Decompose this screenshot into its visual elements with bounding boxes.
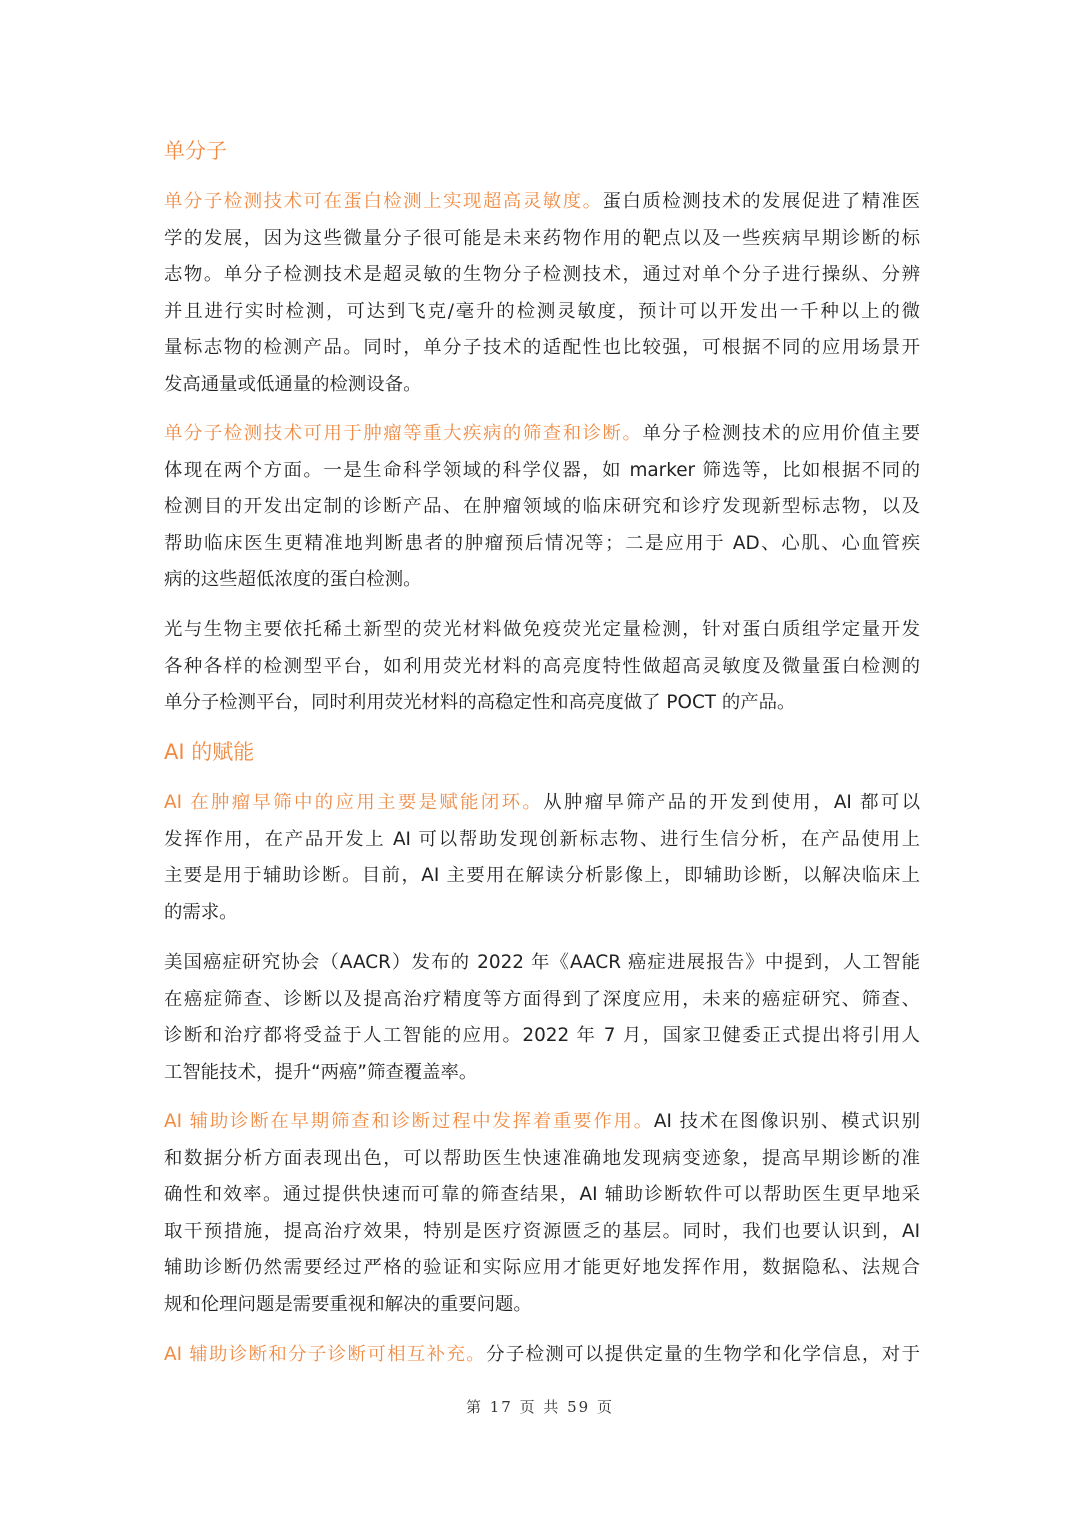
text-line: 在癌症筛查、诊断以及提高治疗精度等方面得到了深度应用，未来的癌症研究、筛查、 xyxy=(164,982,920,1019)
text-line: 美国癌症研究协会（AACR）发布的 2022 年《AACR 癌症进展报告》中提到… xyxy=(164,945,920,982)
paragraph: 美国癌症研究协会（AACR）发布的 2022 年《AACR 癌症进展报告》中提到… xyxy=(164,945,920,1091)
text-line: 志物。单分子检测技术是超灵敏的生物分子检测技术，通过对单个分子进行操纵、分辨 xyxy=(164,257,920,294)
text-line: 各种各样的检测型平台，如利用荧光材料的高亮度特性做超高灵敏度及微量蛋白检测的 xyxy=(164,649,920,686)
highlight-sentence: AI 辅助诊断在早期筛查和诊断过程中发挥着重要作用。 xyxy=(164,1111,654,1132)
highlight-sentence: 单分子检测技术可在蛋白检测上实现超高灵敏度。 xyxy=(164,191,603,212)
highlight-sentence: 单分子检测技术可用于肿瘤等重大疾病的筛查和诊断。 xyxy=(164,423,642,444)
highlight-sentence: AI 在肿瘤早筛中的应用主要是赋能闭环。 xyxy=(164,792,543,813)
text-line: 辅助诊断仍然需要经过严格的验证和实际应用才能更好地发挥作用，数据隐私、法规合 xyxy=(164,1250,920,1287)
text-line: 主要是用于辅助诊断。目前，AI 主要用在解读分析影像上，即辅助诊断，以解决临床上 xyxy=(164,858,920,895)
section-heading-ai-empowerment: AI 的赋能 xyxy=(164,737,254,767)
text-line: AI 辅助诊断和分子诊断可相互补充。分子检测可以提供定量的生物学和化学信息，对于 xyxy=(164,1337,920,1374)
text-line: 单分子检测技术可用于肿瘤等重大疾病的筛查和诊断。单分子检测技术的应用价值主要 xyxy=(164,416,920,453)
text-line: 工智能技术，提升“两癌”筛查覆盖率。 xyxy=(164,1055,920,1092)
paragraph: 光与生物主要依托稀土新型的荧光材料做免疫荧光定量检测，针对蛋白质组学定量开发 各… xyxy=(164,612,920,722)
text-line: 学的发展，因为这些微量分子很可能是未来药物作用的靶点以及一些疾病早期诊断的标 xyxy=(164,221,920,258)
text-line: 体现在两个方面。一是生命科学领域的科学仪器，如 marker 筛选等，比如根据不… xyxy=(164,453,920,490)
text-line: 单分子检测技术可在蛋白检测上实现超高灵敏度。蛋白质检测技术的发展促进了精准医 xyxy=(164,184,920,221)
text-line: AI 在肿瘤早筛中的应用主要是赋能闭环。从肿瘤早筛产品的开发到使用，AI 都可以 xyxy=(164,785,920,822)
paragraph: AI 在肿瘤早筛中的应用主要是赋能闭环。从肿瘤早筛产品的开发到使用，AI 都可以… xyxy=(164,785,920,931)
text-line: 发高通量或低通量的检测设备。 xyxy=(164,367,920,404)
text-line: 确性和效率。通过提供快速而可靠的筛查结果，AI 辅助诊断软件可以帮助医生更早地采 xyxy=(164,1177,920,1214)
text-line: 单分子检测平台，同时利用荧光材料的高稳定性和高亮度做了 POCT 的产品。 xyxy=(164,685,920,722)
text-line: 取干预措施，提高治疗效果，特别是医疗资源匮乏的基层。同时，我们也要认识到，AI xyxy=(164,1214,920,1251)
text-line: AI 辅助诊断在早期筛查和诊断过程中发挥着重要作用。AI 技术在图像识别、模式识… xyxy=(164,1104,920,1141)
text-line: 帮助临床医生更精准地判断患者的肿瘤预后情况等；二是应用于 AD、心肌、心血管疾 xyxy=(164,526,920,563)
text-line: 的需求。 xyxy=(164,895,920,932)
text-line: 规和伦理问题是需要重视和解决的重要问题。 xyxy=(164,1287,920,1324)
text-line: 并且进行实时检测，可达到飞克/毫升的检测灵敏度，预计可以开发出一千种以上的微 xyxy=(164,294,920,331)
text-line: 光与生物主要依托稀土新型的荧光材料做免疫荧光定量检测，针对蛋白质组学定量开发 xyxy=(164,612,920,649)
text-line: 诊断和治疗都将受益于人工智能的应用。2022 年 7 月，国家卫健委正式提出将引… xyxy=(164,1018,920,1055)
text-line: 病的这些超低浓度的蛋白检测。 xyxy=(164,562,920,599)
text-line: 和数据分析方面表现出色，可以帮助医生快速准确地发现病变迹象，提高早期诊断的准 xyxy=(164,1141,920,1178)
paragraph: AI 辅助诊断和分子诊断可相互补充。分子检测可以提供定量的生物学和化学信息，对于 xyxy=(164,1337,920,1374)
page-number-footer: 第 17 页 共 59 页 xyxy=(0,1396,1080,1417)
text-line: 检测目的开发出定制的诊断产品、在肿瘤领域的临床研究和诊疗发现新型标志物，以及 xyxy=(164,489,920,526)
paragraph: AI 辅助诊断在早期筛查和诊断过程中发挥着重要作用。AI 技术在图像识别、模式识… xyxy=(164,1104,920,1323)
paragraph: 单分子检测技术可在蛋白检测上实现超高灵敏度。蛋白质检测技术的发展促进了精准医 学… xyxy=(164,184,920,403)
paragraph: 单分子检测技术可用于肿瘤等重大疾病的筛查和诊断。单分子检测技术的应用价值主要 体… xyxy=(164,416,920,599)
highlight-sentence: AI 辅助诊断和分子诊断可相互补充。 xyxy=(164,1344,486,1365)
text-line: 发挥作用，在产品开发上 AI 可以帮助发现创新标志物、进行生信分析，在产品使用上 xyxy=(164,822,920,859)
section-heading-single-molecule: 单分子 xyxy=(164,136,227,166)
text-line: 量标志物的检测产品。同时，单分子技术的适配性也比较强，可根据不同的应用场景开 xyxy=(164,330,920,367)
